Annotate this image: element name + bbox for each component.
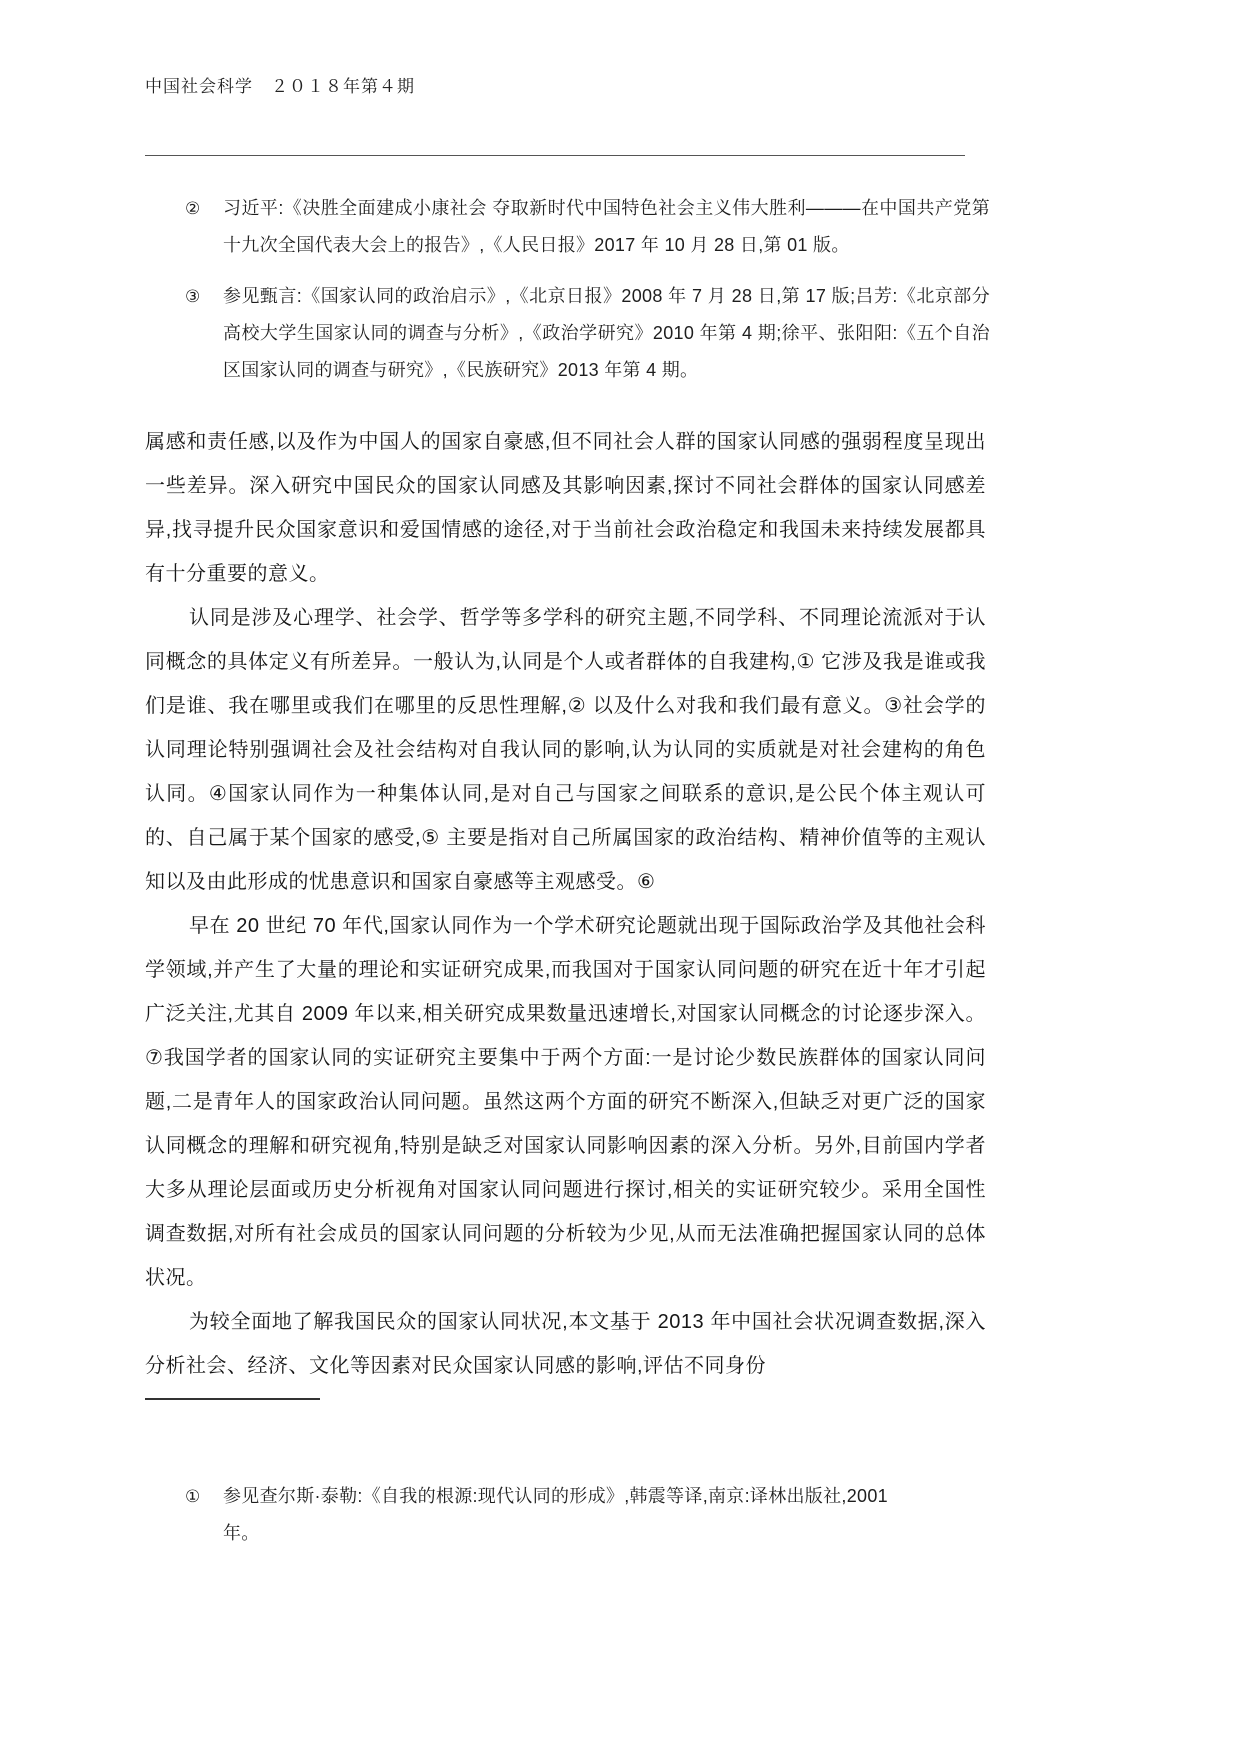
body-paragraph-continuation: 属感和责任感,以及作为中国人的国家自豪感,但不同社会人群的国家认同感的强弱程度呈… <box>145 420 986 596</box>
footnote-1: ① 参见查尔斯·泰勒:《自我的根源:现代认同的形成》,韩震等译,南京:译林出版社… <box>185 1478 945 1552</box>
body-paragraph-identity-theory: 认同是涉及心理学、社会学、哲学等多学科的研究主题,不同学科、不同理论流派对于认同… <box>145 596 986 904</box>
article-body: 属感和责任感,以及作为中国人的国家自豪感,但不同社会人群的国家认同感的强弱程度呈… <box>145 420 986 1400</box>
footnote-divider <box>145 1398 320 1400</box>
journal-header: 中国社会科学 ２０１８年第４期 <box>145 72 415 97</box>
body-paragraph-research-history: 早在 20 世纪 70 年代,国家认同作为一个学术研究论题就出现于国际政治学及其… <box>145 904 986 1300</box>
footnote-3: ③ 参见甄言:《国家认同的政治启示》,《北京日报》2008 年 7 月 28 日… <box>185 278 990 389</box>
footnote-3-text: 参见甄言:《国家认同的政治启示》,《北京日报》2008 年 7 月 28 日,第… <box>223 278 990 389</box>
top-footnotes-block: ② 习近平:《决胜全面建成小康社会 夺取新时代中国特色社会主义伟大胜利———在中… <box>185 190 990 389</box>
header-divider <box>145 155 965 156</box>
body-paragraph-study-purpose: 为较全面地了解我国民众的国家认同状况,本文基于 2013 年中国社会状况调查数据… <box>145 1300 986 1388</box>
footnote-3-marker: ③ <box>185 278 223 389</box>
footnote-2-marker: ② <box>185 190 223 264</box>
footnote-1-text: 参见查尔斯·泰勒:《自我的根源:现代认同的形成》,韩震等译,南京:译林出版社,2… <box>223 1478 923 1552</box>
document-page: 中国社会科学 ２０１８年第４期 ② 习近平:《决胜全面建成小康社会 夺取新时代中… <box>0 0 1240 1754</box>
footnote-2: ② 习近平:《决胜全面建成小康社会 夺取新时代中国特色社会主义伟大胜利———在中… <box>185 190 990 264</box>
bottom-footnotes-block: ① 参见查尔斯·泰勒:《自我的根源:现代认同的形成》,韩震等译,南京:译林出版社… <box>185 1478 945 1552</box>
footnote-2-text: 习近平:《决胜全面建成小康社会 夺取新时代中国特色社会主义伟大胜利———在中国共… <box>223 190 990 264</box>
footnote-1-marker: ① <box>185 1478 223 1552</box>
